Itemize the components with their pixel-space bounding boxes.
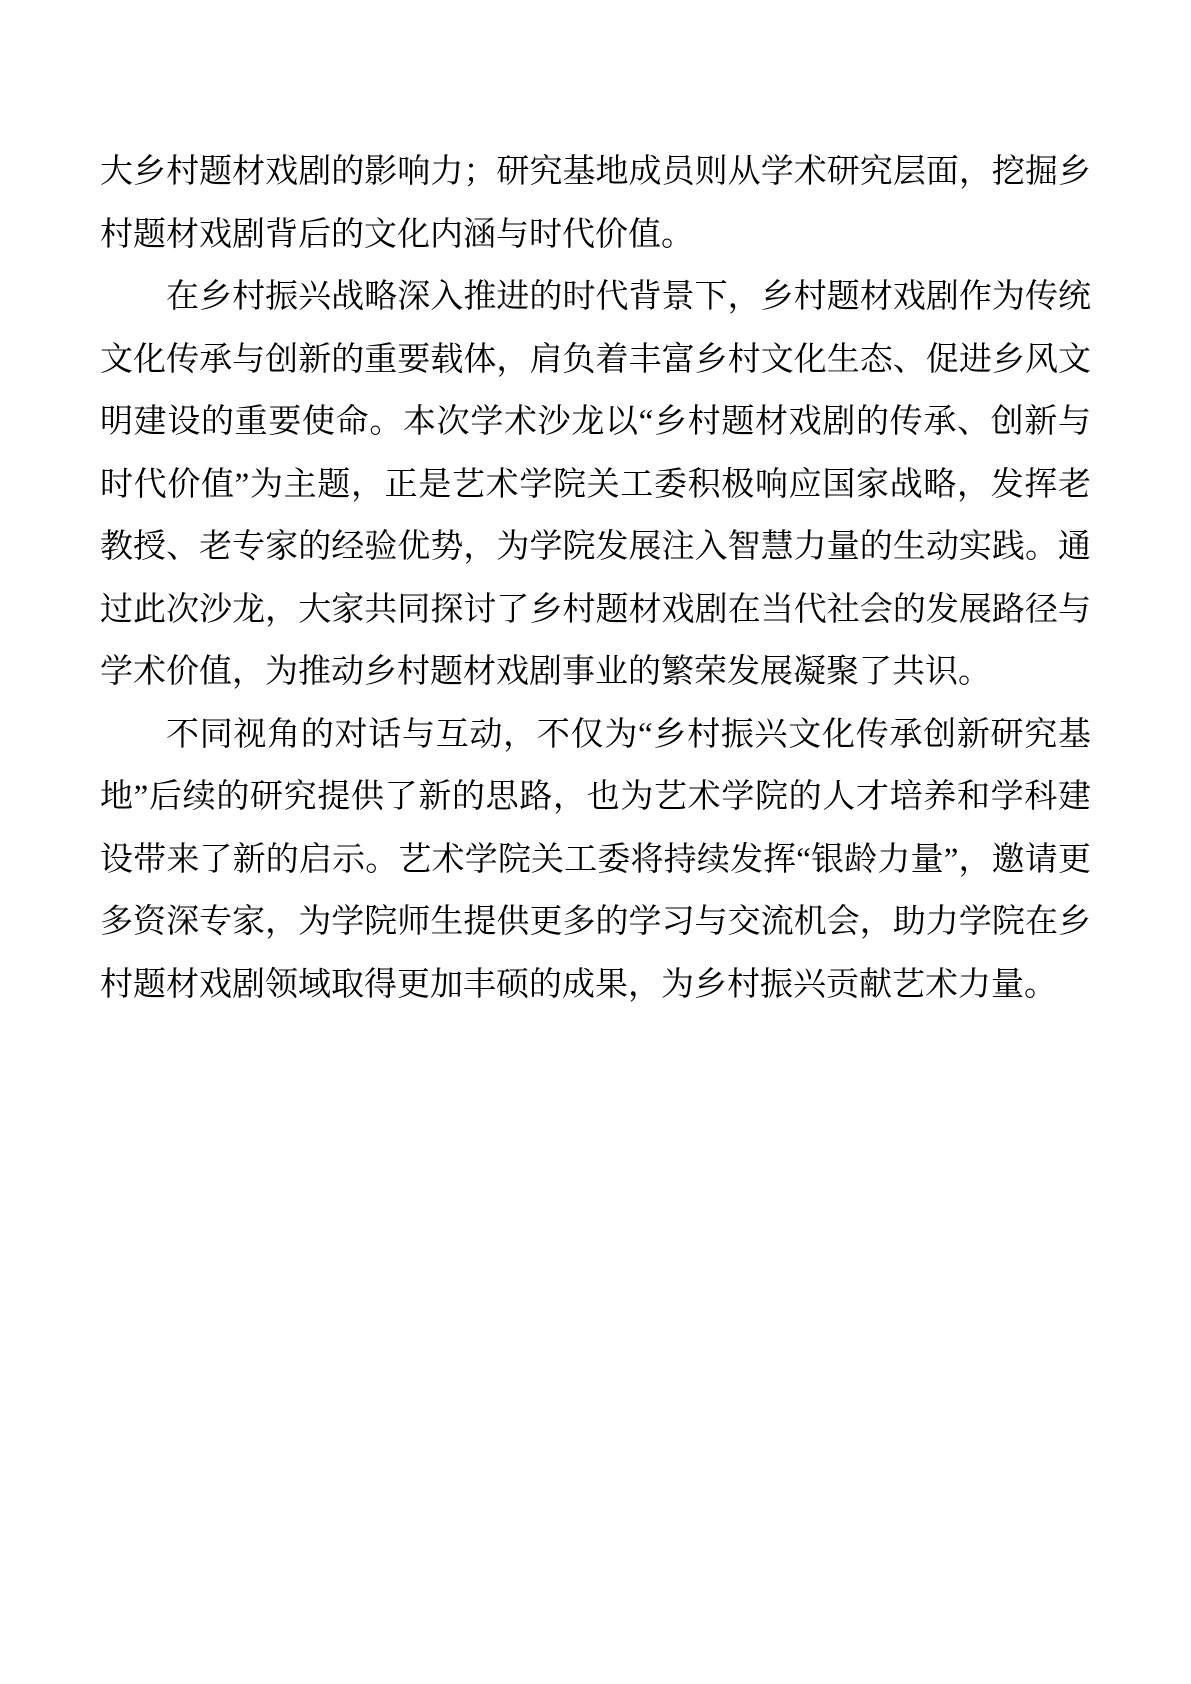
paragraph-outlook: 不同视角的对话与互动，不仅为“乡村振兴文化传承创新研究基地”后续的研究提供了新的…: [100, 704, 1091, 1017]
document-body: 大乡村题材戏剧的影响力；研究基地成员则从学术研究层面，挖掘乡村题材戏剧背后的文化…: [100, 141, 1091, 1016]
paragraph-background: 在乡村振兴战略深入推进的时代背景下，乡村题材戏剧作为传统文化传承与创新的重要载体…: [100, 266, 1091, 704]
paragraph-continuation: 大乡村题材戏剧的影响力；研究基地成员则从学术研究层面，挖掘乡村题材戏剧背后的文化…: [100, 141, 1091, 266]
document-page: 大乡村题材戏剧的影响力；研究基地成员则从学术研究层面，挖掘乡村题材戏剧背后的文化…: [0, 0, 1191, 1684]
